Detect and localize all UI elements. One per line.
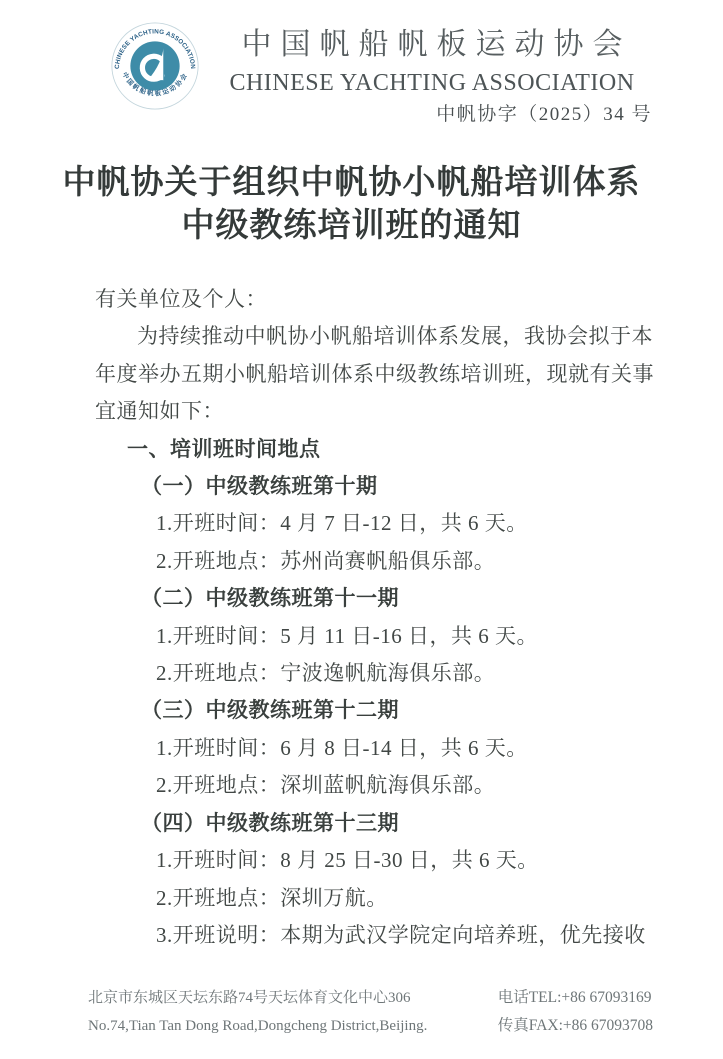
subsection-item: 1.开班时间：5 月 11 日-16 日，共 6 天。 (95, 618, 643, 655)
notice-title: 中帆协关于组织中帆协小帆船培训体系 中级教练培训班的通知 (40, 162, 663, 248)
footer-address-zh: 北京市东城区天坛东路74号天坛体育文化中心306 (88, 984, 427, 1012)
salutation: 有关单位及个人： (95, 281, 643, 318)
subsection-item: 2.开班地点：宁波逸帆航海俱乐部。 (95, 655, 643, 692)
subsection-heading: （二）中级教练班第十一期 (95, 580, 643, 617)
subsection-item: 1.开班时间：8 月 25 日-30 日，共 6 天。 (95, 842, 643, 879)
letterhead: 中国帆船帆板运动协会 CHINESE YACHTING ASSOCIATION … (212, 28, 652, 127)
subsection-heading: （三）中级教练班第十二期 (95, 692, 643, 729)
logo-inner-circle (130, 41, 179, 90)
subsection-item: 2.开班地点：深圳万航。 (95, 880, 643, 917)
org-name-zh: 中国帆船帆板运动协会 (212, 28, 652, 62)
page-footer: 北京市东城区天坛东路74号天坛体育文化中心306 No.74,Tian Tan … (88, 984, 653, 1040)
footer-address: 北京市东城区天坛东路74号天坛体育文化中心306 No.74,Tian Tan … (88, 984, 427, 1040)
subsection-heading: （四）中级教练班第十三期 (95, 805, 643, 842)
subsection-item: 1.开班时间：4 月 7 日-12 日，共 6 天。 (95, 505, 643, 542)
footer-address-en: No.74,Tian Tan Dong Road,Dongcheng Distr… (88, 1012, 427, 1040)
notice-body: 有关单位及个人： 为持续推动中帆协小帆船培训体系发展，我协会拟于本 年度举办五期… (95, 281, 643, 954)
subsection-item: 2.开班地点：苏州尚赛帆船俱乐部。 (95, 543, 643, 580)
subsection-item: 2.开班地点：深圳蓝帆航海俱乐部。 (95, 767, 643, 804)
subsection-item: 3.开班说明：本期为武汉学院定向培养班，优先接收 (95, 917, 643, 954)
doc-number: 中帆协字（2025）34 号 (212, 103, 652, 127)
association-logo-badge: CHINESE YACHTING ASSOCIATION 中国帆船帆板运动协会 (111, 22, 199, 110)
subsection-heading: （一）中级教练班第十期 (95, 468, 643, 505)
association-logo: CHINESE YACHTING ASSOCIATION 中国帆船帆板运动协会 (111, 22, 199, 110)
footer-tel: 电话TEL:+86 67093169 (498, 984, 653, 1012)
footer-fax: 传真FAX:+86 67093708 (498, 1012, 653, 1040)
notice-title-line1: 中帆协关于组织中帆协小帆船培训体系 (63, 165, 641, 201)
subsection-item: 1.开班时间：6 月 8 日-14 日，共 6 天。 (95, 730, 643, 767)
footer-contact: 电话TEL:+86 67093169 传真FAX:+86 67093708 (498, 984, 653, 1040)
org-name-en: CHINESE YACHTING ASSOCIATION (212, 70, 652, 96)
document-page: CHINESE YACHTING ASSOCIATION 中国帆船帆板运动协会 … (0, 0, 723, 1059)
intro-line: 为持续推动中帆协小帆船培训体系发展，我协会拟于本 (95, 318, 643, 355)
notice-title-line2: 中级教练培训班的通知 (182, 208, 522, 244)
intro-line: 年度举办五期小帆船培训体系中级教练培训班，现就有关事 (95, 356, 643, 393)
intro-line: 宜通知如下： (95, 393, 643, 430)
section-heading: 一、培训班时间地点 (95, 431, 643, 468)
